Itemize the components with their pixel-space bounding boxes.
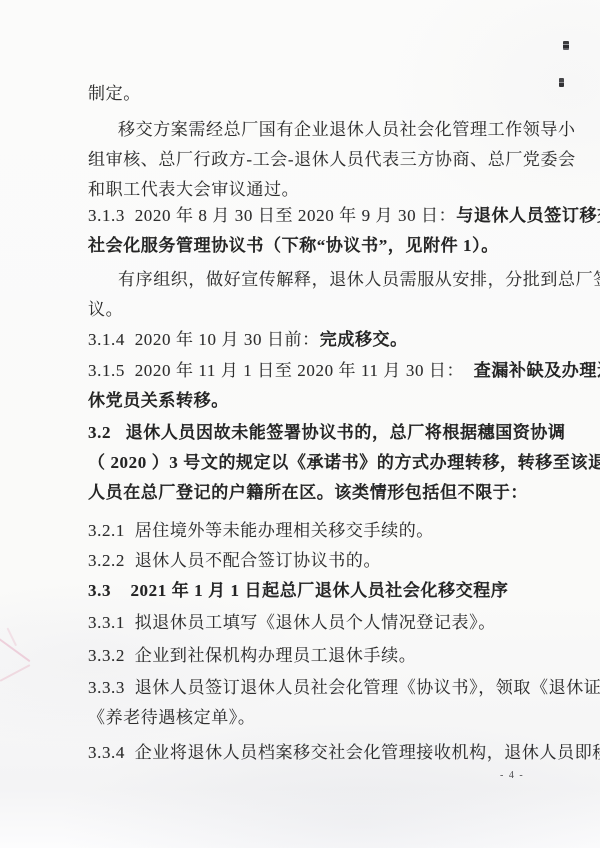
- text-segment: 与退休人员签订移交: [456, 206, 600, 225]
- text-segment: （ 2020 ）3 号文的规定以《承诺书》的方式办理转移，转移至该退休: [88, 453, 600, 472]
- document-page: 制定。移交方案需经总厂国有企业退休人员社会化管理工作领导小组审核、总厂行政方-工…: [0, 0, 600, 848]
- text-segment: 3.3.1 拟退休员工填写《退休人员个人情况登记表》。: [88, 613, 496, 632]
- text-line: 和职工代表大会审议通过。: [88, 179, 299, 201]
- text-line: 制定。: [88, 83, 141, 105]
- text-segment: 组审核、总厂行政方-工会-退休人员代表三方协商、总厂党委会: [88, 150, 576, 169]
- text-line: 社会化服务管理协议书（下称“协议书”，见附件 1）。: [88, 235, 499, 257]
- text-segment: 休党员关系转移。: [88, 391, 229, 410]
- text-segment: 社会化服务管理协议书（下称“协议书”，见附件 1）。: [88, 236, 499, 255]
- text-line: 3.1.3 2020 年 8 月 30 日至 2020 年 9 月 30 日：与…: [88, 205, 600, 227]
- text-segment: 3.3.3 退休人员签订退休人员社会化管理《协议书》，领取《退休证》、: [88, 678, 600, 697]
- text-line: 3.3.1 拟退休员工填写《退休人员个人情况登记表》。: [88, 612, 496, 634]
- text-line: 移交方案需经总厂国有企业退休人员社会化管理工作领导小: [88, 119, 576, 141]
- text-segment: 有序组织，做好宣传解释，退休人员需服从安排，分批到总厂签协: [118, 270, 600, 289]
- text-segment: 3.3 2021 年 1 月 1 日起总厂退休人员社会化移交程序: [88, 581, 509, 600]
- text-segment: 《养老待遇核定单》。: [88, 708, 256, 727]
- text-segment: 移交方案需经总厂国有企业退休人员社会化管理工作领导小: [118, 120, 576, 139]
- text-line: 3.1.5 2020 年 11 月 1 日至 2020 年 11 月 30 日：…: [88, 360, 600, 382]
- text-segment: 3.1.3 2020 年 8 月 30 日至 2020 年 9 月 30 日：: [88, 206, 456, 225]
- text-segment: 完成移交。: [320, 330, 408, 349]
- text-segment: 3.2 退休人员因故未能签署协议书的，总厂将根据穗国资协调: [88, 423, 566, 442]
- text-line: 休党员关系转移。: [88, 390, 229, 412]
- text-line: 3.2.2 退休人员不配合签订协议书的。: [88, 550, 381, 572]
- text-segment: 查漏补缺及办理退: [474, 361, 600, 380]
- text-line: 3.3 2021 年 1 月 1 日起总厂退休人员社会化移交程序: [88, 580, 509, 602]
- text-line: 议。: [88, 299, 123, 321]
- text-segment: 人员在总厂登记的户籍所在区。该类情形包括但不限于：: [88, 483, 528, 502]
- text-line: 有序组织，做好宣传解释，退休人员需服从安排，分批到总厂签协: [88, 269, 600, 291]
- text-segment: 3.3.2 企业到社保机构办理员工退休手续。: [88, 646, 416, 665]
- text-segment: 3.1.5 2020 年 11 月 1 日至 2020 年 11 月 30 日：: [88, 361, 474, 380]
- text-line: 人员在总厂登记的户籍所在区。该类情形包括但不限于：: [88, 482, 528, 504]
- text-line: （ 2020 ）3 号文的规定以《承诺书》的方式办理转移，转移至该退休: [88, 452, 600, 474]
- text-segment: 3.2.2 退休人员不配合签订协议书的。: [88, 551, 381, 570]
- text-line: 3.3.2 企业到社保机构办理员工退休手续。: [88, 645, 416, 667]
- text-line: 3.2.1 居住境外等未能办理相关移交手续的。: [88, 520, 434, 542]
- text-segment: 制定。: [88, 84, 141, 103]
- text-segment: 3.3.4 企业将退休人员档案移交社会化管理接收机构，退休人员即移: [88, 743, 600, 762]
- text-line: 3.1.4 2020 年 10 月 30 日前：完成移交。: [88, 329, 408, 351]
- text-line: 3.2 退休人员因故未能签署协议书的，总厂将根据穗国资协调: [88, 422, 566, 444]
- text-segment: 议。: [88, 300, 123, 319]
- text-line: 《养老待遇核定单》。: [88, 707, 256, 729]
- text-line: 3.3.4 企业将退休人员档案移交社会化管理接收机构，退休人员即移: [88, 742, 600, 764]
- document-text: 制定。移交方案需经总厂国有企业退休人员社会化管理工作领导小组审核、总厂行政方-工…: [0, 0, 600, 848]
- text-line: 3.3.3 退休人员签订退休人员社会化管理《协议书》，领取《退休证》、: [88, 677, 600, 699]
- text-segment: 和职工代表大会审议通过。: [88, 180, 299, 199]
- text-segment: 3.2.1 居住境外等未能办理相关移交手续的。: [88, 521, 434, 540]
- text-line: 组审核、总厂行政方-工会-退休人员代表三方协商、总厂党委会: [88, 149, 576, 171]
- page-number: - 4 -: [500, 770, 524, 781]
- text-segment: 3.1.4 2020 年 10 月 30 日前：: [88, 330, 320, 349]
